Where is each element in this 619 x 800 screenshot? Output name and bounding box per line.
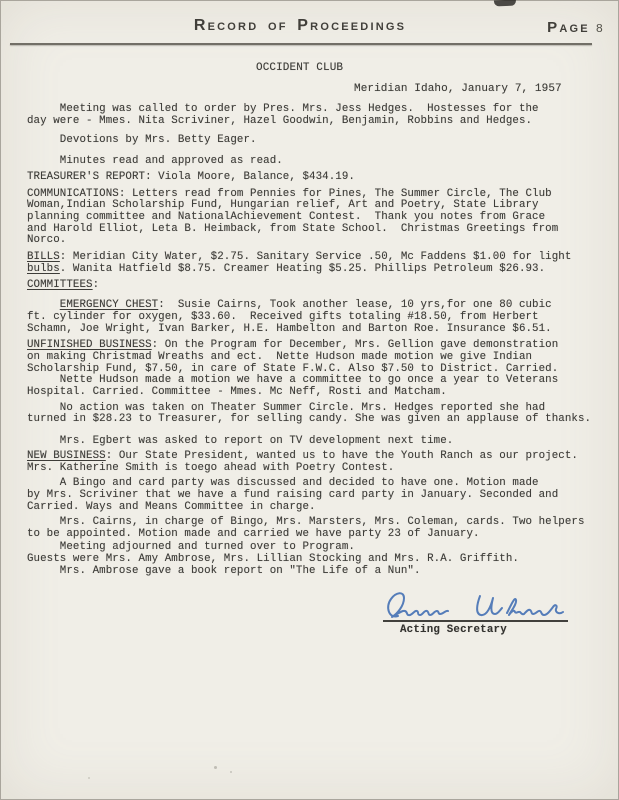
paragraph: A Bingo and card party was discussed and… [27,478,612,513]
scan-speck [88,777,90,779]
text-line: Hospital. Carried. Committee - Mmes. Mc … [27,387,612,399]
paragraph: COMMITTEES: [27,280,612,292]
scan-smudge [494,0,516,6]
text-line: Norco. [27,235,612,247]
text-line: day were - Mmes. Nita Scriviner, Hazel G… [27,116,612,128]
paragraph: Guests were Mrs. Amy Ambrose, Mrs. Lilli… [27,554,612,566]
text-line: Carried. Ways and Means Committee in cha… [27,502,612,514]
paragraph: NEW BUSINESS: Our State President, wante… [27,451,612,474]
page-number: 8 [596,22,603,36]
paragraph: No action was taken on Theater Summer Ci… [27,403,612,426]
text-line: bulbs. Wanita Hatfield $8.75. Creamer He… [27,264,612,276]
paragraph: Devotions by Mrs. Betty Eager. [27,135,612,147]
text-line: to be appointed. Motion made and carried… [27,529,612,541]
form-title: Record of Proceedings [0,17,600,35]
paragraph: EMERGENCY CHEST: Susie Cairns, Took anot… [27,300,612,335]
paragraph: Mrs. Ambrose gave a book report on "The … [27,566,612,578]
dateline: Meridian Idaho, January 7, 1957 [354,83,562,95]
handwritten-signature [383,588,569,621]
text-line: Guests were Mrs. Amy Ambrose, Mrs. Lilli… [27,554,612,566]
scan-speck [230,771,232,773]
text-line: Schamn, Joe Wright, Ivan Barker, H.E. Ha… [27,324,612,336]
paragraph: Mrs. Egbert was asked to report on TV de… [27,436,612,448]
text-line: Minutes read and approved as read. [27,156,612,168]
document-body: Meeting was called to order by Pres. Mrs… [27,104,612,578]
text-line: TREASURER'S REPORT: Viola Moore, Balance… [27,172,612,184]
paragraph: Meeting was called to order by Pres. Mrs… [27,104,612,127]
paragraph: Nette Hudson made a motion we have a com… [27,375,612,398]
scan-speck [214,766,217,769]
paragraph: UNFINISHED BUSINESS: On the Program for … [27,340,612,375]
text-line: Devotions by Mrs. Betty Eager. [27,135,612,147]
paragraph: Minutes read and approved as read. [27,156,612,168]
paragraph: BILLS: Meridian City Water, $2.75. Sanit… [27,252,612,275]
club-name: OCCIDENT CLUB [256,62,343,74]
paragraph: TREASURER'S REPORT: Viola Moore, Balance… [27,172,612,184]
text-line: Mrs. Katherine Smith is toego ahead with… [27,463,612,475]
signature-role: Acting Secretary [400,624,507,636]
text-line: COMMITTEES: [27,280,612,292]
text-line: and Harold Elliot, Leta B. Heimback, fro… [27,224,612,236]
scanned-document-page: Record of Proceedings Page8 OCCIDENT CLU… [0,0,619,800]
text-line: Mrs. Ambrose gave a book report on "The … [27,566,612,578]
text-line: Mrs. Egbert was asked to report on TV de… [27,436,612,448]
page-label-text: Page [547,19,590,36]
signature-line [383,620,568,622]
header-rule [10,43,592,45]
text-line: turned in $28.23 to Treasurer, for selli… [27,414,612,426]
page-label: Page8 [547,19,603,36]
paragraph: Mrs. Cairns, in charge of Bingo, Mrs. Ma… [27,517,612,540]
paragraph: COMMUNICATIONS: Letters read from Pennie… [27,189,612,248]
signature-block: Acting Secretary [383,588,569,621]
